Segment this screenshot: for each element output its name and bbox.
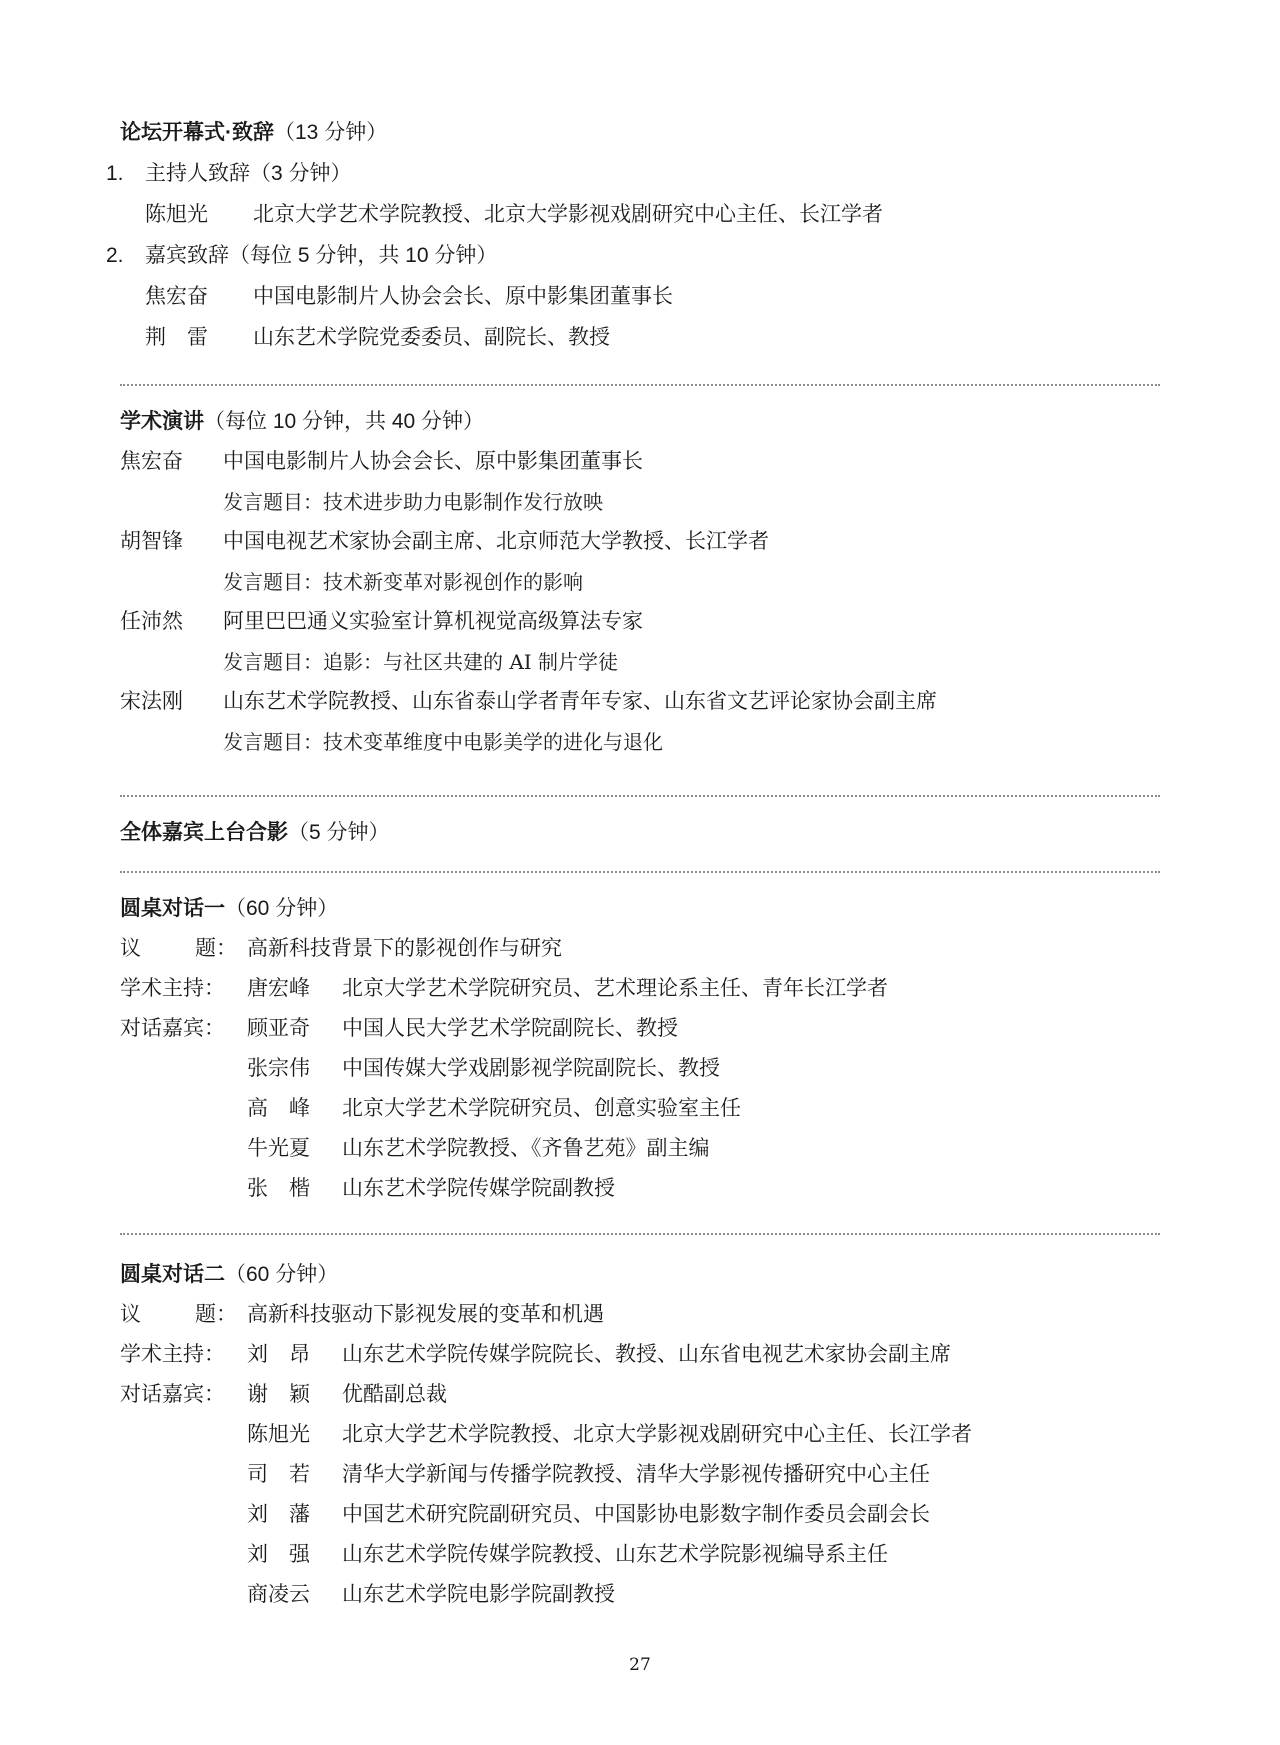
section-roundtable-2: 圆桌对话二（60 分钟） 议题：高新科技驱动下影视发展的变革和机遇 学术主持：刘… <box>120 1255 1160 1615</box>
guest-row: 陈旭光北京大学艺术学院教授、北京大学影视戏剧研究中心主任、长江学者 <box>120 1415 1160 1455</box>
speaker-name: 焦宏奋 <box>120 442 223 482</box>
topic-label: 发言题目： <box>223 730 323 754</box>
speaker-role: 山东艺术学院党委委员、副院长、教授 <box>253 326 610 349</box>
lectures-title-row: 学术演讲（每位 10 分钟，共 40 分钟） <box>120 402 1160 442</box>
topic-text: 技术变革维度中电影美学的进化与退化 <box>323 730 663 754</box>
speaker-role: 山东艺术学院传媒学院副教授 <box>342 1177 615 1200</box>
guest-row: 牛光夏山东艺术学院教授、《齐鲁艺苑》副主编 <box>120 1129 1160 1169</box>
agenda-topic-text: 高新科技背景下的影视创作与研究 <box>247 937 562 960</box>
guest-row: 对话嘉宾：顾亚奇中国人民大学艺术学院副院长、教授 <box>120 1009 1160 1049</box>
speaker-role: 山东艺术学院教授、山东省泰山学者青年专家、山东省文艺评论家协会副主席 <box>223 690 937 713</box>
guest-row: 商凌云山东艺术学院电影学院副教授 <box>120 1575 1160 1615</box>
speaker-role: 中国电视艺术家协会副主席、北京师范大学教授、长江学者 <box>223 530 769 553</box>
speaker-name: 刘 强 <box>247 1535 342 1575</box>
roundtable-title-row: 圆桌对话二（60 分钟） <box>120 1255 1160 1295</box>
item-text: 主持人致辞（3 分钟） <box>145 162 352 185</box>
dotted-divider <box>120 871 1160 873</box>
speaker-role: 北京大学艺术学院教授、北京大学影视戏剧研究中心主任、长江学者 <box>253 203 883 226</box>
topic-text: 技术新变革对影视创作的影响 <box>323 570 583 594</box>
page-number: 27 <box>629 1655 651 1675</box>
lectures-duration: （每位 10 分钟，共 40 分钟） <box>204 410 484 433</box>
numbered-item-1: 1.主持人致辞（3 分钟） <box>120 153 1160 194</box>
speaker-row: 陈旭光北京大学艺术学院教授、北京大学影视戏剧研究中心主任、长江学者 <box>120 194 1160 235</box>
speaker-role: 清华大学新闻与传播学院教授、清华大学影视传播研究中心主任 <box>342 1463 930 1486</box>
speaker-name: 刘 藩 <box>247 1495 342 1535</box>
item-number: 2. <box>106 235 145 276</box>
speaker-name: 刘 昂 <box>247 1335 342 1375</box>
section-lectures: 学术演讲（每位 10 分钟，共 40 分钟） 焦宏奋中国电影制片人协会会长、原中… <box>120 402 1160 762</box>
document-page: 论坛开幕式·致辞（13 分钟） 1.主持人致辞（3 分钟） 陈旭光北京大学艺术学… <box>0 0 1280 1745</box>
speaker-role: 中国电影制片人协会会长、原中影集团董事长 <box>253 285 673 308</box>
agenda-topic-row: 议题：高新科技背景下的影视创作与研究 <box>120 929 1160 969</box>
speaker-row: 宋法刚山东艺术学院教授、山东省泰山学者青年专家、山东省文艺评论家协会副主席 <box>120 682 1160 722</box>
guests-label: 对话嘉宾： <box>120 1009 247 1049</box>
opening-title: 论坛开幕式·致辞 <box>120 121 274 144</box>
roundtable-title: 圆桌对话一 <box>120 897 225 920</box>
speaker-row: 焦宏奋中国电影制片人协会会长、原中影集团董事长 <box>120 276 1160 317</box>
lecture-topic-row: 发言题目：技术新变革对影视创作的影响 <box>120 562 1160 602</box>
group-photo-duration: （5 分钟） <box>288 821 390 844</box>
speaker-name: 陈旭光 <box>247 1415 342 1455</box>
opening-duration: （13 分钟） <box>274 121 387 144</box>
lectures-title: 学术演讲 <box>120 410 204 433</box>
speaker-role: 山东艺术学院教授、《齐鲁艺苑》副主编 <box>342 1137 710 1160</box>
item-text: 嘉宾致辞（每位 5 分钟，共 10 分钟） <box>145 244 497 267</box>
lecture-topic-row: 发言题目：追影：与社区共建的 AI 制片学徒 <box>120 642 1160 682</box>
guest-row: 司 若清华大学新闻与传播学院教授、清华大学影视传播研究中心主任 <box>120 1455 1160 1495</box>
section-group-photo: 全体嘉宾上台合影（5 分钟） <box>120 813 1160 853</box>
agenda-topic-text: 高新科技驱动下影视发展的变革和机遇 <box>247 1303 604 1326</box>
roundtable-duration: （60 分钟） <box>225 1263 338 1286</box>
lecture-topic-row: 发言题目：技术变革维度中电影美学的进化与退化 <box>120 722 1160 762</box>
agenda-topic-label-right: 题： <box>195 929 237 969</box>
group-photo-title: 全体嘉宾上台合影 <box>120 821 288 844</box>
agenda-topic-label: 议题： <box>120 1295 237 1335</box>
host-label: 学术主持： <box>120 969 247 1009</box>
speaker-role: 中国艺术研究院副研究员、中国影协电影数字制作委员会副会长 <box>342 1503 930 1526</box>
speaker-name: 张宗伟 <box>247 1049 342 1089</box>
speaker-role: 中国传媒大学戏剧影视学院副院长、教授 <box>342 1057 720 1080</box>
page-footer: 27 <box>0 1655 1280 1675</box>
guest-row: 张 楷山东艺术学院传媒学院副教授 <box>120 1169 1160 1209</box>
agenda-topic-label-right: 题： <box>195 1295 237 1335</box>
roundtable-duration: （60 分钟） <box>225 897 338 920</box>
topic-label: 发言题目： <box>223 570 323 594</box>
speaker-name: 商凌云 <box>247 1575 342 1615</box>
host-row: 学术主持：唐宏峰北京大学艺术学院研究员、艺术理论系主任、青年长江学者 <box>120 969 1160 1009</box>
speaker-name: 唐宏峰 <box>247 969 342 1009</box>
speaker-name: 高 峰 <box>247 1089 342 1129</box>
guest-row: 张宗伟中国传媒大学戏剧影视学院副院长、教授 <box>120 1049 1160 1089</box>
speaker-name: 谢 颖 <box>247 1375 342 1415</box>
section-opening: 论坛开幕式·致辞（13 分钟） 1.主持人致辞（3 分钟） 陈旭光北京大学艺术学… <box>120 112 1160 358</box>
guest-row: 刘 藩中国艺术研究院副研究员、中国影协电影数字制作委员会副会长 <box>120 1495 1160 1535</box>
guest-row: 高 峰北京大学艺术学院研究员、创意实验室主任 <box>120 1089 1160 1129</box>
speaker-row: 胡智锋中国电视艺术家协会副主席、北京师范大学教授、长江学者 <box>120 522 1160 562</box>
speaker-name: 顾亚奇 <box>247 1009 342 1049</box>
topic-label: 发言题目： <box>223 490 323 514</box>
speaker-name: 张 楷 <box>247 1169 342 1209</box>
speaker-name: 宋法刚 <box>120 682 223 722</box>
host-row: 学术主持：刘 昂山东艺术学院传媒学院院长、教授、山东省电视艺术家协会副主席 <box>120 1335 1160 1375</box>
speaker-role: 优酷副总裁 <box>342 1383 447 1406</box>
speaker-name: 荆 雷 <box>145 317 253 358</box>
speaker-name: 任沛然 <box>120 602 223 642</box>
agenda-topic-label-left: 议 <box>120 1295 141 1335</box>
speaker-row: 荆 雷山东艺术学院党委委员、副院长、教授 <box>120 317 1160 358</box>
speaker-role: 北京大学艺术学院研究员、创意实验室主任 <box>342 1097 741 1120</box>
topic-text: 技术进步助力电影制作发行放映 <box>323 490 603 514</box>
numbered-item-2: 2.嘉宾致辞（每位 5 分钟，共 10 分钟） <box>120 235 1160 276</box>
guest-row: 刘 强山东艺术学院传媒学院教授、山东艺术学院影视编导系主任 <box>120 1535 1160 1575</box>
speaker-name: 胡智锋 <box>120 522 223 562</box>
group-photo-title-row: 全体嘉宾上台合影（5 分钟） <box>120 813 1160 853</box>
guest-row: 对话嘉宾：谢 颖优酷副总裁 <box>120 1375 1160 1415</box>
agenda-topic-label: 议题： <box>120 929 237 969</box>
speaker-role: 北京大学艺术学院研究员、艺术理论系主任、青年长江学者 <box>342 977 888 1000</box>
speaker-role: 阿里巴巴通义实验室计算机视觉高级算法专家 <box>223 610 643 633</box>
speaker-name: 牛光夏 <box>247 1129 342 1169</box>
agenda-topic-row: 议题：高新科技驱动下影视发展的变革和机遇 <box>120 1295 1160 1335</box>
topic-label: 发言题目： <box>223 650 323 674</box>
agenda-topic-label-left: 议 <box>120 929 141 969</box>
host-label: 学术主持： <box>120 1335 247 1375</box>
roundtable-title: 圆桌对话二 <box>120 1263 225 1286</box>
speaker-name: 陈旭光 <box>145 194 253 235</box>
speaker-name: 焦宏奋 <box>145 276 253 317</box>
speaker-role: 中国电影制片人协会会长、原中影集团董事长 <box>223 450 643 473</box>
speaker-row: 焦宏奋中国电影制片人协会会长、原中影集团董事长 <box>120 442 1160 482</box>
section-roundtable-1: 圆桌对话一（60 分钟） 议题：高新科技背景下的影视创作与研究 学术主持：唐宏峰… <box>120 889 1160 1209</box>
speaker-role: 山东艺术学院传媒学院教授、山东艺术学院影视编导系主任 <box>342 1543 888 1566</box>
speaker-name: 司 若 <box>247 1455 342 1495</box>
speaker-role: 中国人民大学艺术学院副院长、教授 <box>342 1017 678 1040</box>
guests-label: 对话嘉宾： <box>120 1375 247 1415</box>
dotted-divider <box>120 795 1160 797</box>
topic-text: 追影：与社区共建的 AI 制片学徒 <box>323 650 618 674</box>
item-number: 1. <box>106 153 145 194</box>
speaker-role: 山东艺术学院电影学院副教授 <box>342 1583 615 1606</box>
speaker-row: 任沛然阿里巴巴通义实验室计算机视觉高级算法专家 <box>120 602 1160 642</box>
roundtable-title-row: 圆桌对话一（60 分钟） <box>120 889 1160 929</box>
dotted-divider <box>120 1233 1160 1235</box>
speaker-role: 山东艺术学院传媒学院院长、教授、山东省电视艺术家协会副主席 <box>342 1343 951 1366</box>
lecture-topic-row: 发言题目：技术进步助力电影制作发行放映 <box>120 482 1160 522</box>
speaker-role: 北京大学艺术学院教授、北京大学影视戏剧研究中心主任、长江学者 <box>342 1423 972 1446</box>
dotted-divider <box>120 384 1160 386</box>
opening-title-row: 论坛开幕式·致辞（13 分钟） <box>120 112 1160 153</box>
